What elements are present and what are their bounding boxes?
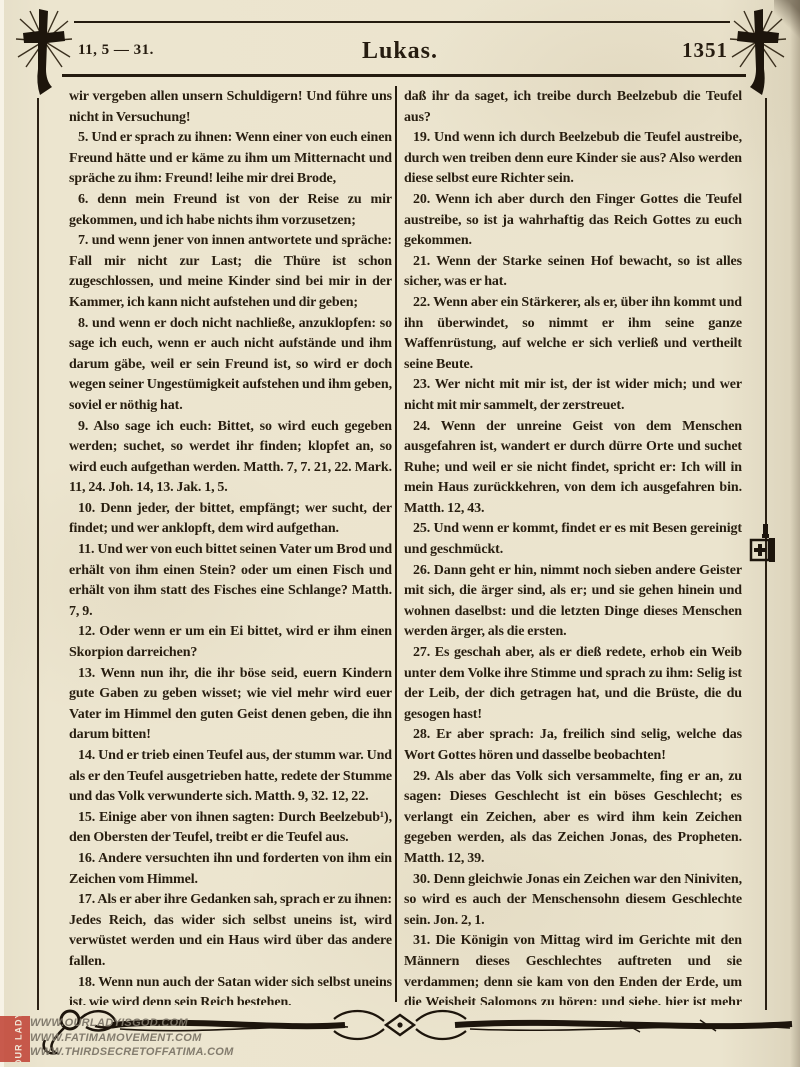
verse-paragraph: 29. Als aber das Volk sich versammelte, … xyxy=(404,767,742,870)
verse-paragraph: 27. Es geschah aber, als er dieß redete,… xyxy=(404,643,742,725)
verse-paragraph: 15. Einige aber von ihnen sagten: Durch … xyxy=(69,808,392,849)
verse-paragraph: 30. Denn gleichwie Jonas ein Zeichen war… xyxy=(404,870,742,932)
left-border-rule xyxy=(37,98,39,1010)
verse-paragraph: daß ihr da saget, ich treibe durch Beelz… xyxy=(404,87,742,128)
verse-paragraph: 21. Wenn der Starke seinen Hof bewacht, … xyxy=(404,252,742,293)
verse-paragraph: 28. Er aber sprach: Ja, freilich sind se… xyxy=(404,725,742,766)
verse-paragraph: 12. Oder wenn er um ein Ei bittet, wird … xyxy=(69,622,392,663)
scan-edge-left xyxy=(0,0,4,1067)
verse-paragraph: 17. Als er aber ihre Gedanken sah, sprac… xyxy=(69,890,392,972)
verse-paragraph: 8. und wenn er doch nicht nachließe, anz… xyxy=(69,314,392,417)
page-title: Lukas. xyxy=(0,38,800,65)
verse-paragraph: 14. Und er trieb einen Teufel aus, der s… xyxy=(69,746,392,808)
border-cross-square-icon xyxy=(749,524,779,568)
scanned-bible-page: 11, 5 — 31. Lukas. 1351 wir vergeben all… xyxy=(0,0,800,1067)
verse-paragraph: 20. Wenn ich aber durch den Finger Gotte… xyxy=(404,190,742,252)
verse-paragraph: 24. Wenn der unreine Geist von dem Mensc… xyxy=(404,417,742,520)
verse-paragraph: 13. Wenn nun ihr, die ihr böse seid, eue… xyxy=(69,664,392,746)
page-number: 1351 xyxy=(682,38,728,63)
watermark-line: WWW.FATIMAMOVEMENT.COM xyxy=(30,1031,234,1046)
right-text-column: daß ihr da saget, ich treibe durch Beelz… xyxy=(404,87,742,1005)
verse-paragraph: 6. denn mein Freund ist von der Reise zu… xyxy=(69,190,392,231)
verse-paragraph: 10. Denn jeder, der bittet, empfängt; we… xyxy=(69,499,392,540)
watermark-line: WWW.OURLADYISGOD.COM xyxy=(30,1016,234,1031)
verse-paragraph: 22. Wenn aber ein Stärkerer, als er, übe… xyxy=(404,293,742,375)
header-rule xyxy=(62,74,746,77)
verse-paragraph: 19. Und wenn ich durch Beelzebub die Teu… xyxy=(404,128,742,190)
verse-paragraph: 26. Dann geht er hin, nimmt noch sieben … xyxy=(404,561,742,643)
verse-paragraph: 16. Andere versuchten ihn und forderten … xyxy=(69,849,392,890)
watermark: WWW.OURLADYISGOD.COM WWW.FATIMAMOVEMENT.… xyxy=(30,1016,234,1060)
verse-paragraph: 23. Wer nicht mit mir ist, der ist wider… xyxy=(404,375,742,416)
column-divider-rule xyxy=(395,86,397,1002)
verse-paragraph: 31. Die Königin von Mittag wird im Geric… xyxy=(404,931,742,1005)
red-stamp-text: OUR LADY xyxy=(14,1016,24,1062)
verse-paragraph: 5. Und er sprach zu ihnen: Wenn einer vo… xyxy=(69,128,392,190)
verse-paragraph: wir vergeben allen unsern Schuldigern! U… xyxy=(69,87,392,128)
left-text-column: wir vergeben allen unsern Schuldigern! U… xyxy=(69,87,392,1005)
verse-paragraph: 25. Und wenn er kommt, findet er es mit … xyxy=(404,519,742,560)
top-border-rule xyxy=(74,21,730,23)
red-stamp-logo: OUR LADY xyxy=(0,1016,30,1062)
verse-paragraph: 9. Also sage ich euch: Bittet, so wird e… xyxy=(69,417,392,499)
verse-paragraph: 7. und wenn jener von innen antwortete u… xyxy=(69,231,392,313)
watermark-line: WWW.THIRDSECRETOFFATIMA.COM xyxy=(30,1045,234,1060)
scan-edge-right xyxy=(790,0,800,1067)
verse-paragraph: 11. Und wer von euch bittet seinen Vater… xyxy=(69,540,392,622)
